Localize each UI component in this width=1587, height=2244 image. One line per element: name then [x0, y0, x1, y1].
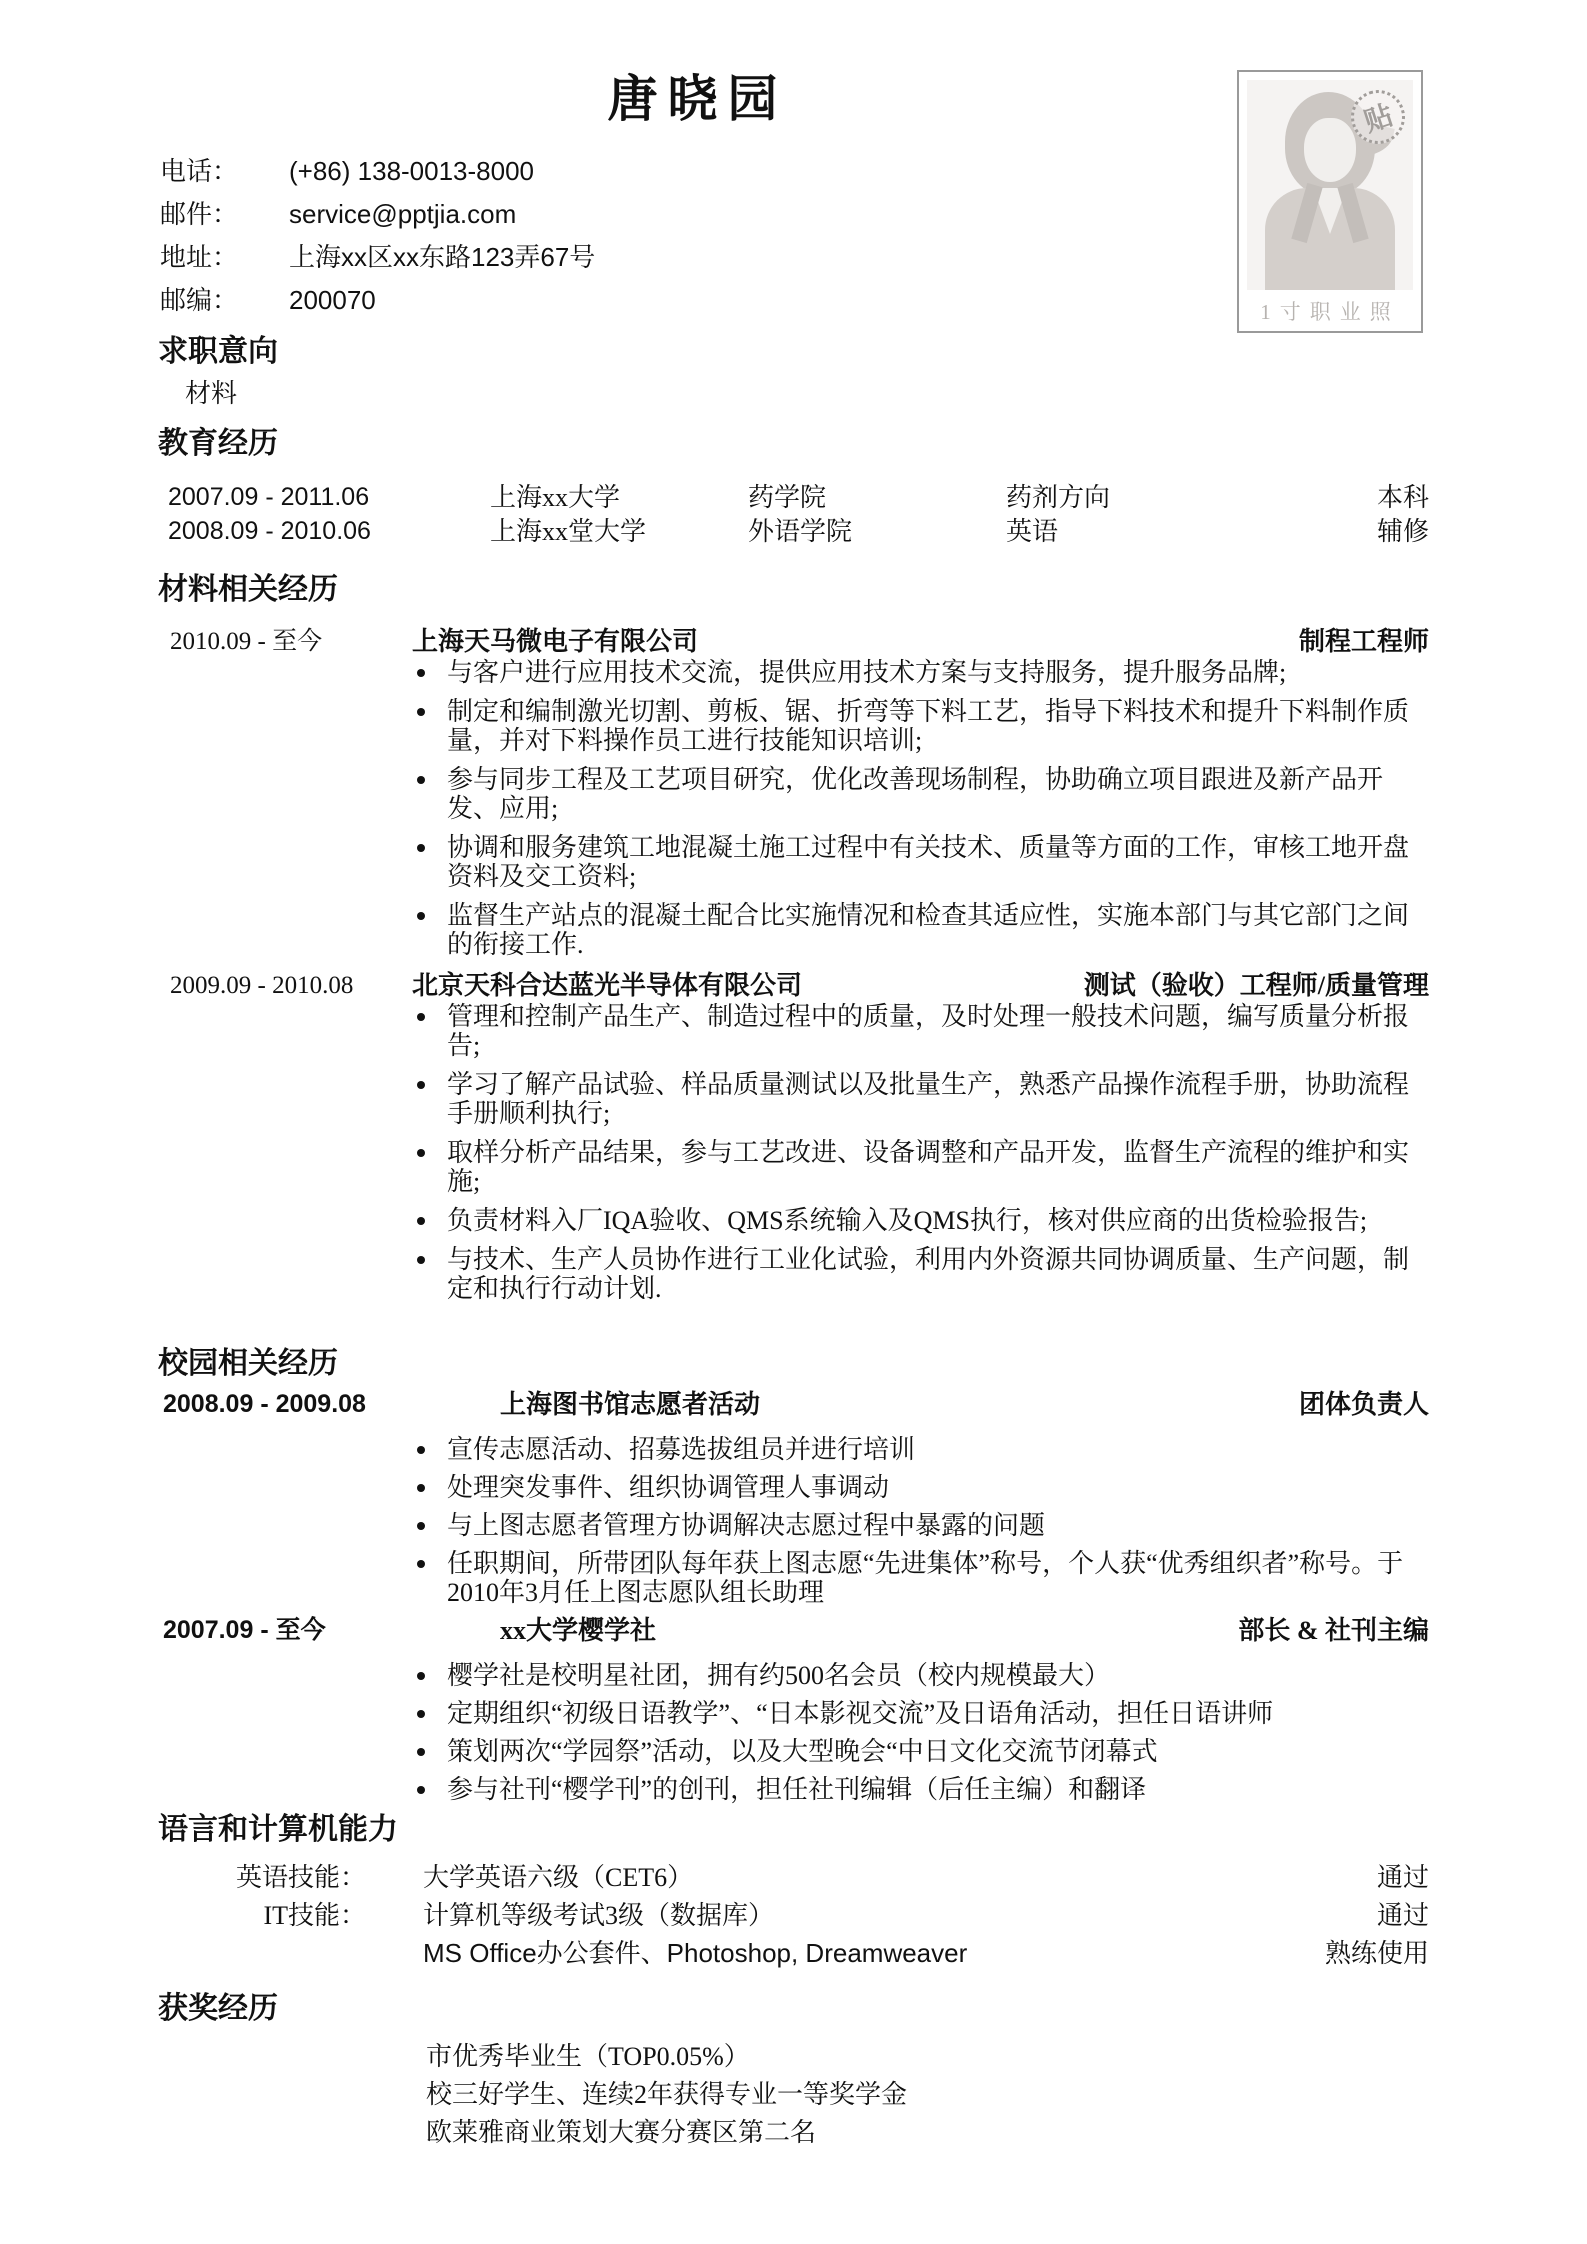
zipcode-label: 邮编：: [158, 286, 289, 315]
education-row: 2007.09 - 2011.06 上海xx大学 药学院 药剂方向 本科: [158, 483, 1429, 512]
skill-status: 熟练使用: [1325, 1939, 1429, 1968]
job-period: 2010.09 - 至今: [158, 627, 412, 656]
skills-list: 英语技能： 大学英语六级（CET6） 通过 IT技能： 计算机等级考试3级（数据…: [158, 1863, 1429, 1968]
job-role: 制程工程师: [1299, 627, 1429, 656]
activity-bullet: 与上图志愿者管理方协调解决志愿过程中暴露的问题: [415, 1511, 1429, 1540]
job-bullet-list: 与客户进行应用技术交流，提供应用技术方案与支持服务，提升服务品牌; 制定和编制激…: [415, 658, 1429, 959]
address-value: 上海xx区xx东路123弄67号: [289, 243, 595, 272]
award-item: 欧莱雅商业策划大赛分赛区第二名: [426, 2118, 1429, 2147]
job-header: 2009.09 - 2010.08 北京天科合达蓝光半导体有限公司 测试（验收）…: [158, 971, 1429, 1000]
skill-value: 大学英语六级（CET6）: [366, 1863, 1377, 1892]
objective-content: 材料: [185, 379, 1429, 408]
education-college: 外语学院: [748, 517, 1006, 546]
education-school: 上海xx堂大学: [412, 517, 748, 546]
job-bullet: 取样分析产品结果，参与工艺改进、设备调整和产品开发，监督生产流程的维护和实施;: [415, 1138, 1429, 1196]
activity-period: 2008.09 - 2009.08: [158, 1390, 412, 1419]
skill-row-it: IT技能： 计算机等级考试3级（数据库） 通过: [158, 1901, 1429, 1930]
address-label: 地址：: [158, 243, 289, 272]
job-bullet: 监督生产站点的混凝土配合比实施情况和检查其适应性，实施本部门与其它部门之间的衔接…: [415, 901, 1429, 959]
skill-value: MS Office办公套件、Photoshop, Dreamweaver: [366, 1939, 1325, 1968]
job-role: 测试（验收）工程师/质量管理: [1084, 971, 1429, 1000]
education-period: 2007.09 - 2011.06: [158, 483, 412, 512]
awards-list: 市优秀毕业生（TOP0.05%） 校三好学生、连续2年获得专业一等奖学金 欧莱雅…: [158, 2042, 1429, 2147]
education-row: 2008.09 - 2010.06 上海xx堂大学 外语学院 英语 辅修: [158, 517, 1429, 546]
id-photo-placeholder: 贴 1寸职业照: [1237, 70, 1423, 333]
activity-organization: xx大学樱学社: [412, 1616, 1238, 1645]
job-bullet: 管理和控制产品生产、制造过程中的质量，及时处理一般技术问题，编写质量分析报告;: [415, 1002, 1429, 1060]
job-bullet: 学习了解产品试验、样品质量测试以及批量生产，熟悉产品操作流程手册，协助流程手册顺…: [415, 1070, 1429, 1128]
skill-status: 通过: [1377, 1863, 1429, 1892]
email-label: 邮件：: [158, 200, 289, 229]
email-value: service@pptjia.com: [289, 200, 516, 229]
education-major: 英语: [1006, 517, 1377, 546]
section-title-awards: 获奖经历: [158, 1992, 1429, 2026]
activity-header: 2008.09 - 2009.08 上海图书馆志愿者活动 团体负责人: [158, 1390, 1429, 1419]
activity-role: 团体负责人: [1299, 1390, 1429, 1419]
job-bullet: 制定和编制激光切割、剪板、锯、折弯等下料工艺，指导下料技术和提升下料制作质量，并…: [415, 697, 1429, 755]
education-college: 药学院: [748, 483, 1006, 512]
activity-bullet: 樱学社是校明星社团，拥有约500名会员（校内规模最大）: [415, 1661, 1429, 1690]
activity-bullet: 参与社刊“樱学刊”的创刊，担任社刊编辑（后任主编）和翻译: [415, 1775, 1429, 1804]
activity-role: 部长 & 社刊主编: [1238, 1616, 1429, 1645]
job-period: 2009.09 - 2010.08: [158, 971, 412, 1000]
skill-row-software: MS Office办公套件、Photoshop, Dreamweaver 熟练使…: [158, 1939, 1429, 1968]
activity-header: 2007.09 - 至今 xx大学樱学社 部长 & 社刊主编: [158, 1616, 1429, 1645]
activity-period: 2007.09 - 至今: [158, 1616, 412, 1645]
award-item: 校三好学生、连续2年获得专业一等奖学金: [426, 2080, 1429, 2109]
phone-value: (+86) 138-0013-8000: [289, 157, 534, 186]
skill-label: 英语技能：: [158, 1863, 366, 1892]
skill-status: 通过: [1377, 1901, 1429, 1930]
section-title-campus: 校园相关经历: [158, 1347, 1429, 1381]
activity-bullet: 定期组织“初级日语教学”、“日本影视交流”及日语角活动，担任日语讲师: [415, 1699, 1429, 1728]
education-period: 2008.09 - 2010.06: [158, 517, 412, 546]
photo-silhouette: 贴: [1247, 80, 1413, 290]
section-title-work: 材料相关经历: [158, 573, 1429, 607]
activity-bullet: 策划两次“学园祭”活动，以及大型晚会“中日文化交流节闭幕式: [415, 1737, 1429, 1766]
section-title-skills: 语言和计算机能力: [158, 1813, 1429, 1847]
job-bullet: 负责材料入厂IQA验收、QMS系统输入及QMS执行，核对供应商的出货检验报告;: [415, 1206, 1429, 1235]
activity-bullet: 宣传志愿活动、招募选拔组员并进行培训: [415, 1435, 1429, 1464]
skill-row-english: 英语技能： 大学英语六级（CET6） 通过: [158, 1863, 1429, 1892]
job-company: 上海天马微电子有限公司: [412, 627, 1299, 656]
activity-bullet: 处理突发事件、组织协调管理人事调动: [415, 1473, 1429, 1502]
activity-organization: 上海图书馆志愿者活动: [412, 1390, 1299, 1419]
job-bullet: 参与同步工程及工艺项目研究，优化改善现场制程，协助确立项目跟进及新产品开发、应用…: [415, 765, 1429, 823]
job-company: 北京天科合达蓝光半导体有限公司: [412, 971, 1084, 1000]
phone-label: 电话：: [158, 157, 289, 186]
skill-value: 计算机等级考试3级（数据库）: [366, 1901, 1377, 1930]
section-title-education: 教育经历: [158, 427, 1429, 461]
job-bullet-list: 管理和控制产品生产、制造过程中的质量，及时处理一般技术问题，编写质量分析报告; …: [415, 1002, 1429, 1303]
job-bullet: 协调和服务建筑工地混凝土施工过程中有关技术、质量等方面的工作，审核工地开盘资料及…: [415, 833, 1429, 891]
award-item: 市优秀毕业生（TOP0.05%）: [426, 2042, 1429, 2071]
education-school: 上海xx大学: [412, 483, 748, 512]
resume-page: 贴 1寸职业照 唐晓园 电话： (+86) 138-0013-8000 邮件： …: [0, 0, 1587, 2244]
education-degree: 本科: [1377, 483, 1429, 512]
skill-label: [158, 1939, 366, 1968]
education-list: 2007.09 - 2011.06 上海xx大学 药学院 药剂方向 本科 200…: [158, 483, 1429, 546]
job-header: 2010.09 - 至今 上海天马微电子有限公司 制程工程师: [158, 627, 1429, 656]
activity-bullet-list: 宣传志愿活动、招募选拔组员并进行培训 处理突发事件、组织协调管理人事调动 与上图…: [415, 1435, 1429, 1607]
education-degree: 辅修: [1377, 517, 1429, 546]
zipcode-value: 200070: [289, 286, 376, 315]
skill-label: IT技能：: [158, 1901, 366, 1930]
candidate-name: 唐晓园: [158, 70, 1237, 128]
photo-caption: 1寸职业照: [1247, 296, 1413, 326]
job-bullet: 与客户进行应用技术交流，提供应用技术方案与支持服务，提升服务品牌;: [415, 658, 1429, 687]
activity-bullet-list: 樱学社是校明星社团，拥有约500名会员（校内规模最大） 定期组织“初级日语教学”…: [415, 1661, 1429, 1804]
face-shape: [1304, 118, 1356, 182]
section-title-objective: 求职意向: [158, 335, 1429, 369]
education-major: 药剂方向: [1006, 483, 1377, 512]
job-bullet: 与技术、生产人员协作进行工业化试验，利用内外资源共同协调质量、生产问题，制定和执…: [415, 1245, 1429, 1303]
activity-bullet: 任职期间，所带团队每年获上图志愿“先进集体”称号，个人获“优秀组织者”称号。于2…: [415, 1549, 1429, 1607]
